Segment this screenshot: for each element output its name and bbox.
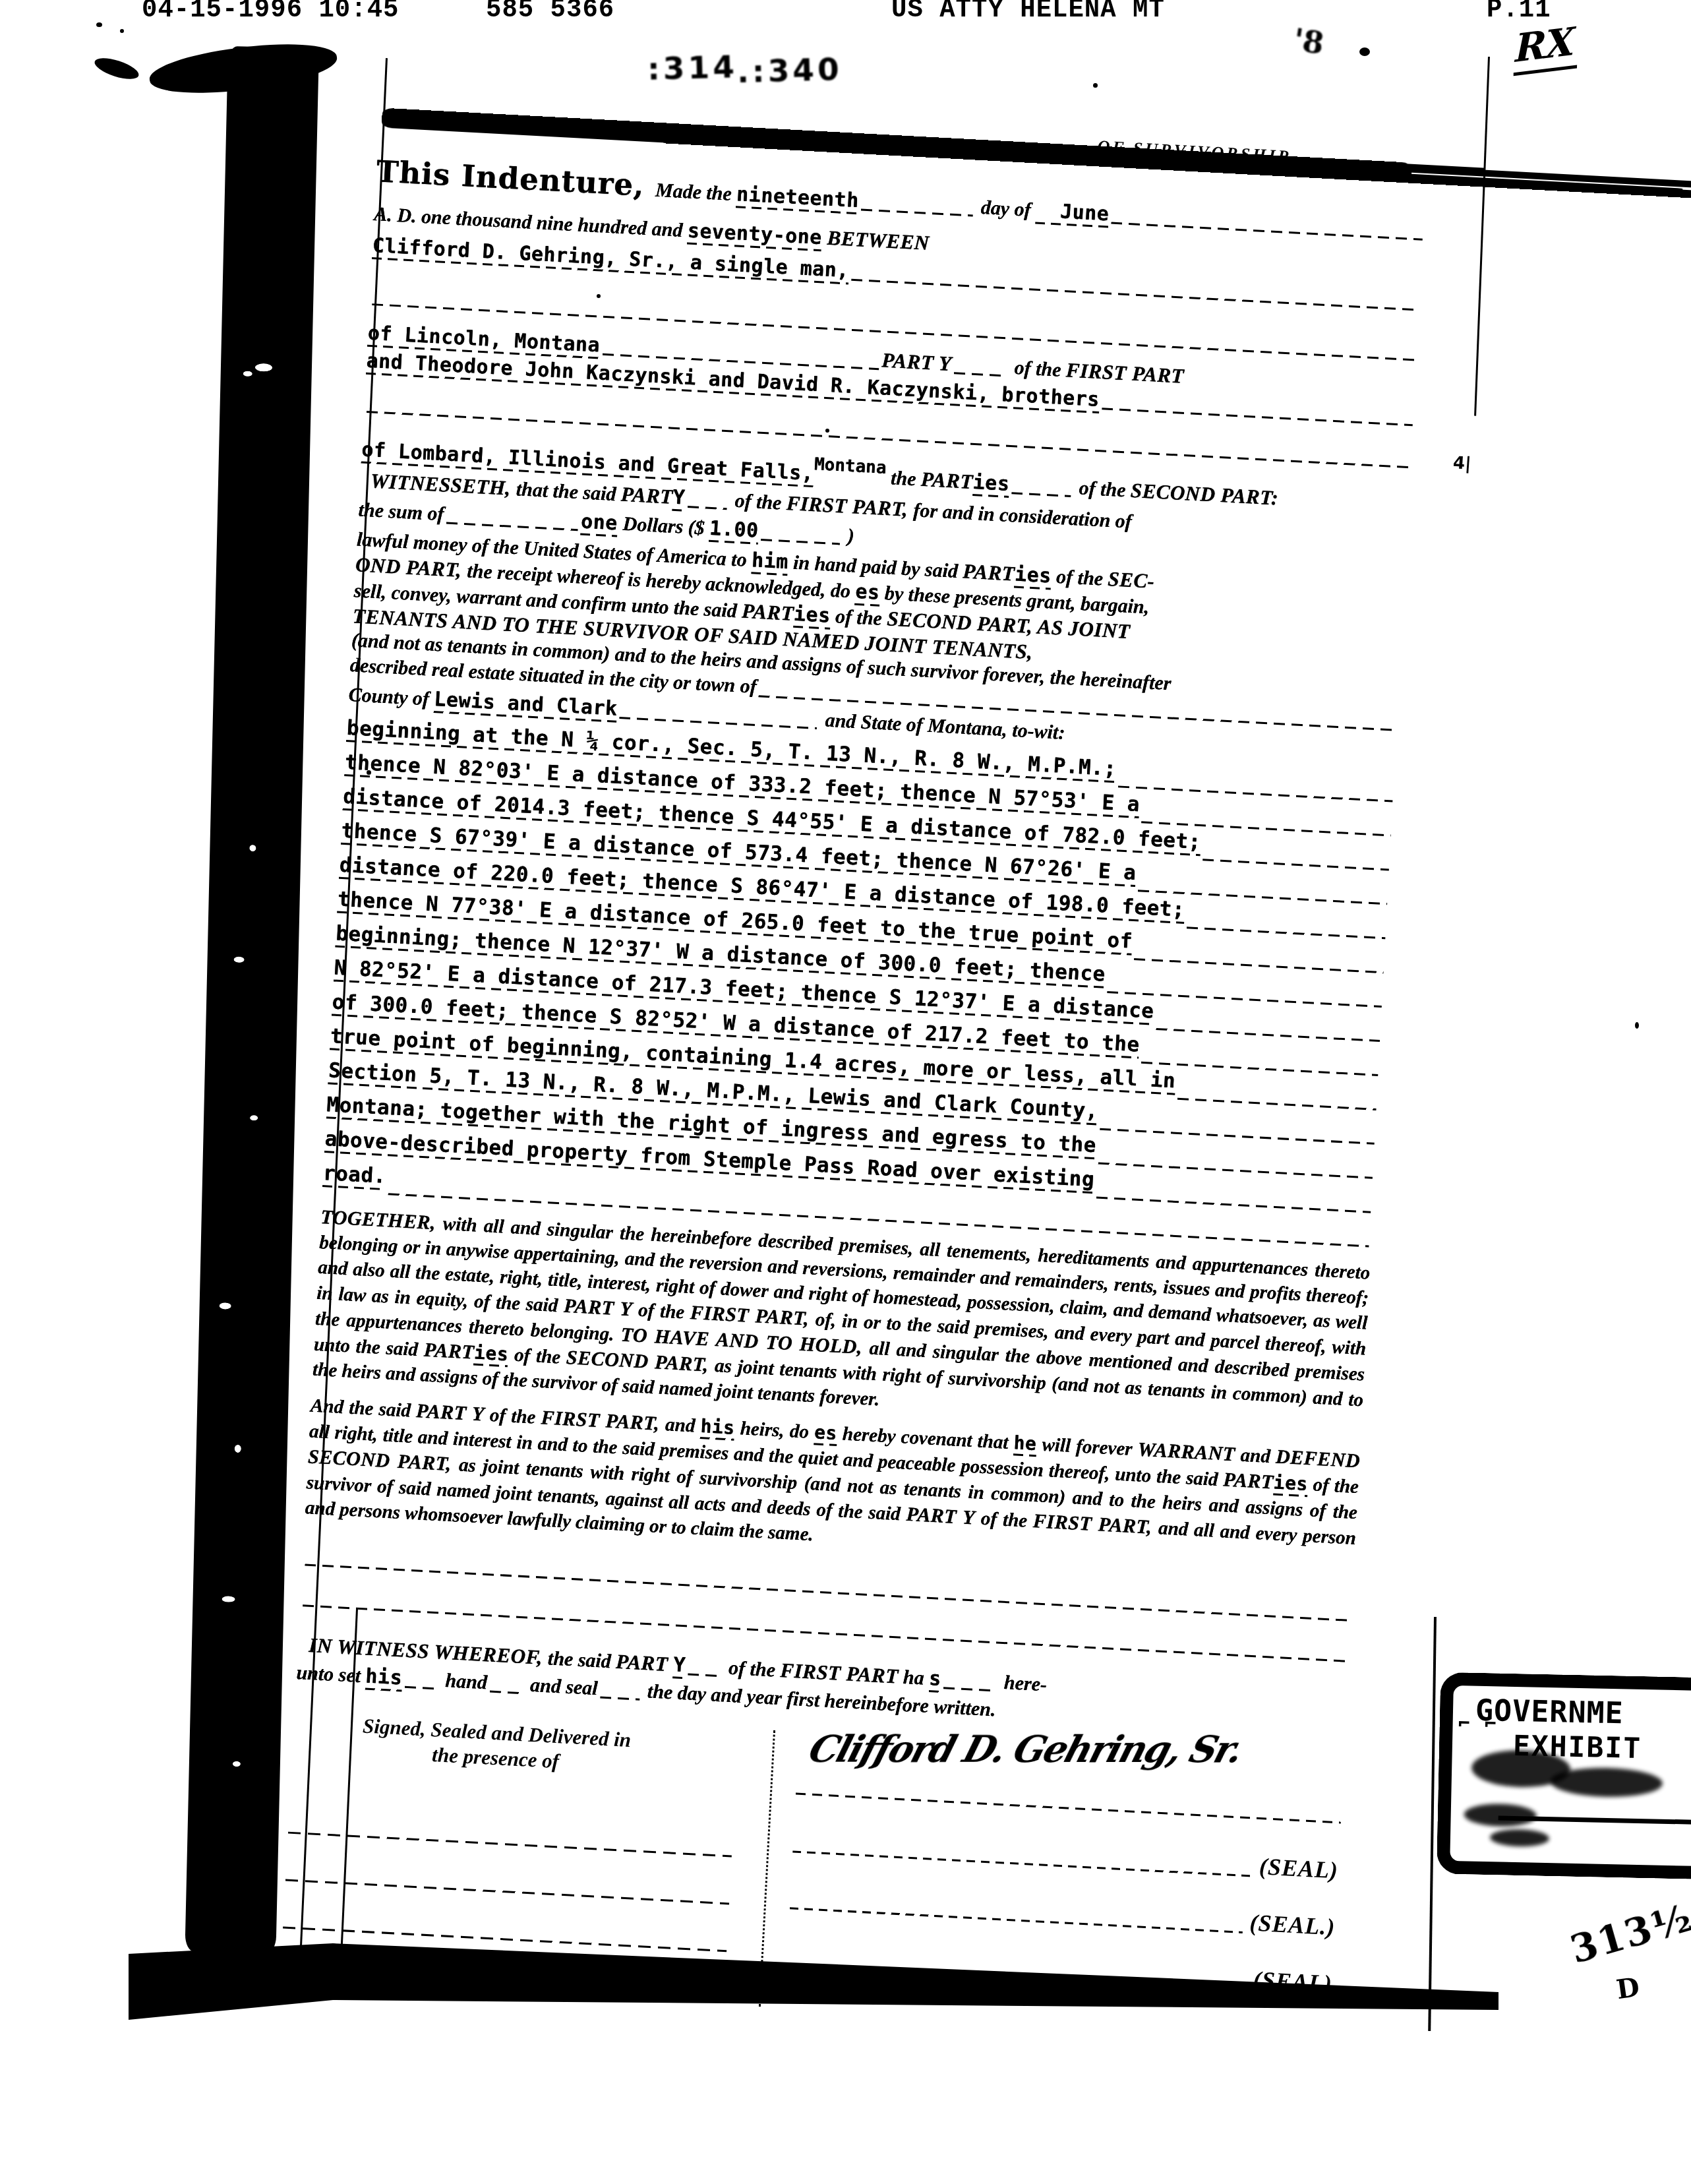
typed-text: road. [322,1161,387,1190]
form-text: of the [830,605,888,631]
fax-number: 585 5366 [486,0,614,25]
seal-label: (SEAL) [1246,1965,1333,1997]
fax-scan-page: 04-15-1996 10:45 585 5366 US ATTY HELENA… [0,0,1691,2184]
stamp-text-government: GOVERNME [1475,1693,1691,1733]
dotted-fill [1012,485,1072,497]
noise-speck [96,22,102,27]
margin-tick-mark: 4| [1452,453,1472,474]
form-text: County of [348,684,435,711]
typed-text: ies [1014,563,1052,590]
form-text-bold: PART [963,559,1016,586]
dotted-fill [620,524,620,533]
typed-text: nineteenth [736,183,859,214]
typed-text: his [365,1665,403,1692]
noise-speck [120,29,124,33]
form-text-bold: WITNESSETH, [359,469,517,501]
presence-label: Signed, Sealed and Delivered in the pres… [292,1710,701,1782]
stamp-ink-smudge [1550,1767,1663,1798]
form-border-right-top [1474,57,1490,416]
witness-column: Signed, Sealed and Delivered in the pres… [280,1701,767,2007]
dotted-fill [688,499,728,510]
signature-line [796,1793,1341,1824]
typed-text: es [854,580,880,607]
form-text-bold: TOGETHER, [320,1206,444,1234]
seal-line [790,1900,1243,1933]
quote-handwritten-mark: '8 [1291,22,1326,62]
form-text: and [665,1414,701,1437]
form-text: hand [440,1670,488,1695]
seal-row: (SEAL) [786,1941,1333,1997]
form-text-bold: PART [615,1650,674,1677]
form-text-bold: DEFEND [1275,1446,1361,1472]
page-number-stamp-left: :314 [647,49,738,88]
form-text: heirs, do [734,1418,815,1443]
dotted-fill [761,531,841,545]
dotted-fill [620,710,817,729]
typed-superscript-text: Montana [814,454,887,478]
form-text: for and in consideration of [913,499,1133,533]
dotted-fill [824,239,825,248]
form-text: of the [723,1656,781,1682]
form-text-bold: PART [423,1339,475,1364]
deed-document: OF SURVIVORSHIP This Indenture, Made the… [263,84,1448,2038]
form-border-right-bottom [1428,1617,1437,2031]
form-text: the sum of [358,499,445,526]
dotted-fill [861,201,974,216]
form-text: Made the [655,179,737,206]
form-text: Dollars ($ [622,513,710,540]
typed-text: Y [672,486,686,512]
grantor-signature-row: Clifford D. Gehring, Sr. [796,1728,1344,1828]
form-text-bold: FIRST PART, [541,1407,666,1435]
rx-handwritten-mark: RX [1514,18,1578,76]
form-text-bold: FIRST PART, [786,491,914,522]
form-text: of the [1307,1474,1359,1498]
form-text: the [885,467,922,491]
form-text-bold: PART Y [906,1503,976,1529]
dotted-fill [446,515,578,531]
typed-text: ies [793,603,831,630]
exhibit-number-handwritten: 313½ [1565,1895,1691,1972]
noise-speck [1093,83,1098,88]
form-heading-text: This Indenture, [376,154,657,203]
fax-page-number: P.11 [1487,0,1551,25]
dotted-fill [954,365,1007,377]
fax-sender: US ATTY HELENA MT [891,0,1165,25]
witness-signature-line [283,1918,727,1952]
form-text: of the [1051,566,1109,591]
noise-speck [1359,47,1370,56]
page-number-stamp-right: .:340 [736,51,843,90]
typed-text: es [814,1421,838,1446]
form-text: the said [547,1647,616,1673]
seal-label: (SEAL) [1252,1852,1339,1885]
typed-text: ies [972,471,1011,498]
form-text: ) [842,525,854,548]
exhibit-letter-handwritten: D [1615,1972,1642,2005]
dotted-fill [943,1680,997,1691]
form-text-bold: FIRST PART, [1032,1510,1159,1538]
typed-text: him [751,549,789,576]
typed-text: he [1013,1432,1038,1457]
form-text-bold: PART [741,599,794,626]
fax-timestamp: 04-15-1996 10:45 [142,0,399,25]
form-text: and [1235,1444,1276,1467]
typed-text: Lewis and Clark [433,688,618,723]
form-text-bold: PART [920,468,974,494]
form-text: And the said [310,1395,417,1422]
form-text: of the [1073,477,1131,502]
typed-text: 1.00 [709,517,759,545]
form-text: that the said [516,478,622,506]
dotted-fill [600,1689,640,1701]
form-text: and seal [525,1674,599,1700]
form-text-bold: WARRANT [1137,1438,1236,1465]
fax-header: 04-15-1996 10:45 585 5366 US ATTY HELENA… [0,0,1691,26]
noise-speck [1635,1022,1639,1029]
seal-row: (SEAL.) [790,1884,1336,1941]
form-text: will forever [1036,1434,1139,1460]
dotted-fill [1112,215,1423,241]
form-text: of the [974,1507,1034,1532]
form-text-bold: BETWEEN [827,226,930,255]
typed-text: ies [473,1342,509,1368]
dotted-fill [1102,400,1413,426]
signature-scrawl: Clifford D. Gehring, Sr. [804,1728,1247,1772]
form-text-bold: PART Y [881,348,953,376]
scan-smudge-hook [92,54,141,83]
form-text-bold: SECOND PART, [566,1347,715,1376]
signature-area: Signed, Sealed and Delivered in the pres… [280,1701,1344,2037]
dotted-fill [489,1683,523,1695]
stamp-ink-smudge [1490,1829,1550,1847]
form-text-bold: OND PART, [355,553,467,582]
deed-lines: This Indenture, Made the nineteenth day … [322,154,1427,1252]
typed-text: seventy-one [687,219,823,251]
form-text: of the [1009,357,1067,382]
form-text-bold: FIRST PART [1065,358,1185,388]
form-text: unto set [296,1662,367,1688]
form-text: ha [898,1666,930,1690]
form-text-bold: PART Y [415,1400,485,1425]
seal-row: (SEAL) [792,1827,1339,1884]
typed-text: ies [1273,1471,1309,1497]
form-text-bold: FIRST PART, [690,1302,816,1330]
dotted-fill [688,1666,721,1678]
form-text: of the [508,1344,566,1368]
form-text: here- [999,1672,1048,1697]
seal-label: (SEAL.) [1242,1908,1336,1941]
form-text: day of [975,197,1036,222]
form-text: of the [632,1299,690,1323]
form-text-bold: SEC- [1108,567,1156,593]
stamp-ink-smudge [1464,1803,1537,1827]
typed-text: June [1035,199,1110,228]
form-text-bold: PART [1223,1469,1274,1493]
form-text-bold: SECOND PART, [307,1445,460,1475]
typed-text: Y [672,1653,686,1679]
grantor-signature-column: Clifford D. Gehring, Sr. (SEAL) (SEAL.) … [767,1726,1344,2037]
seal-line [793,1843,1253,1877]
typed-text: one [580,510,618,537]
form-text: of the [729,489,787,515]
form-text-bold: FIRST PART [780,1658,899,1688]
witness-signature-line [285,1871,730,1905]
government-exhibit-stamp: ⌐ ⌐ GOVERNME EXHIBIT [1437,1672,1691,1880]
form-text: hereby covenant that [837,1423,1015,1453]
typed-text: s [928,1667,942,1693]
dotted-fill [404,1679,438,1690]
stamp-tick-marks: ⌐ ⌐ [1458,1712,1498,1736]
form-text: of the [484,1405,542,1429]
typed-text: his [700,1415,736,1441]
seal-line [786,1957,1246,1990]
form-text-bold: PART Y [563,1295,633,1321]
form-text-bold: SECOND PART: [1130,479,1279,510]
form-text-bold: PART [620,483,674,509]
witness-signature-line [288,1823,732,1858]
